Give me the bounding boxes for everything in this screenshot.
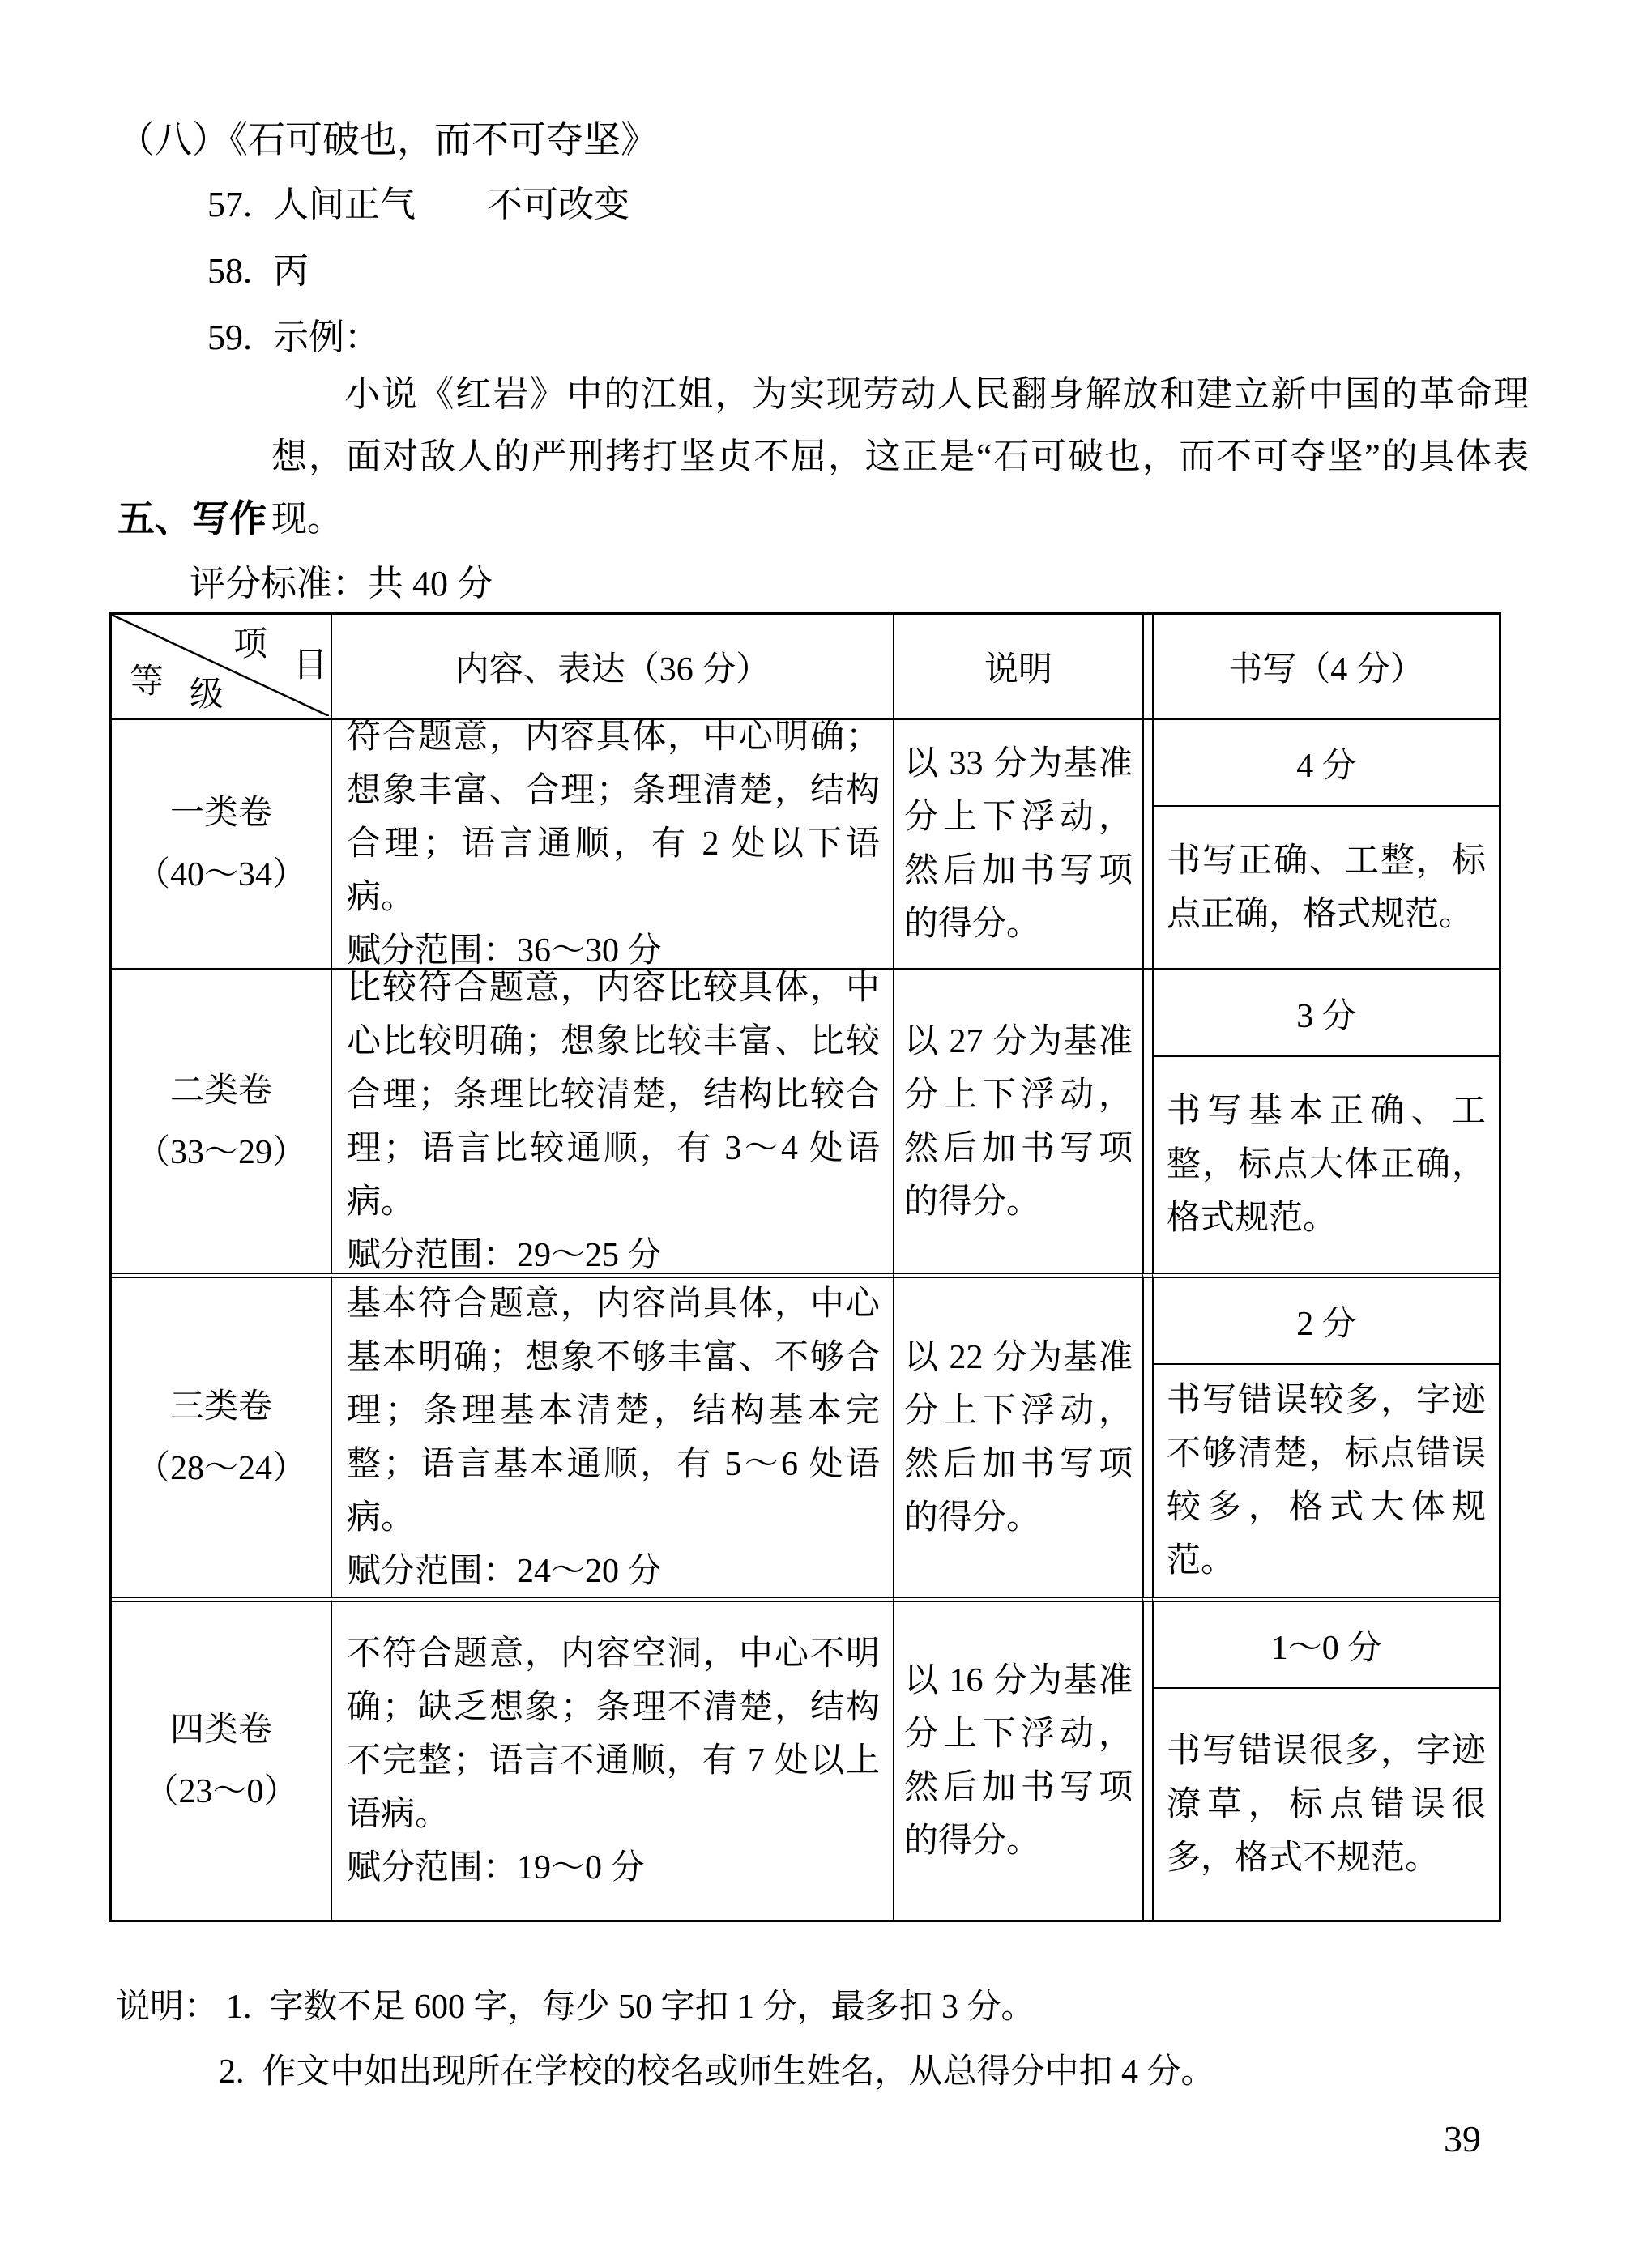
footnote-number: 2. [219,2053,245,2091]
content-cell-row4: 不符合题意，内容空洞，中心不明确；缺乏想象；条理不清楚，结构不完整；语言不通顺，… [331,1597,893,1920]
section5-heading: 五、写作 [117,489,267,543]
note-text: 以 16 分为基准分上下浮动，然后加书写项的得分。 [904,1654,1133,1868]
corner-label-grade-2: 级 [190,678,224,712]
corner-label-item-2: 目 [293,649,327,683]
header-content-column: 内容、表达（36 分） [331,615,893,718]
question-number-57: 57. [207,185,252,224]
score-range-line: 赋分范围：19～0 分 [347,1841,880,1895]
writing-description: 书写错误较多，字迹不够清楚，标点错误较多，格式大体规范。 [1167,1374,1486,1588]
double-rule-spacer [1142,968,1152,1273]
content-cell-row1: 符合题意，内容具体，中心明确；想象丰富、合理；条理清楚，结构合理；语言通顺，有 … [331,718,893,968]
writing-description: 书写正确、工整，标点正确，格式规范。 [1167,834,1486,941]
question-number-58: 58. [207,251,252,291]
answer-58-text: 丙 [273,251,309,291]
scoring-criteria-note: 评分标准：共 40 分 [190,554,493,606]
double-rule-spacer [1142,615,1152,718]
grade-cell-row3: 三类卷 （28～24） [112,1273,331,1597]
grade-cell-row1: 一类卷 （40～34） [112,718,331,968]
answer-line-58: 58.丙 [207,241,309,293]
document-page: （八）《石可破也，而不可夺坚》 57.人间正气不可改变 58.丙 59.示例： … [0,0,1626,2268]
answer-57-blank1: 人间正气 [273,185,416,224]
footnote-number: 1. [226,1988,252,2027]
footnote-text: 作文中如出现所在学校的校名或师生姓名，从总得分中扣 4 分。 [262,2044,1215,2093]
answer-line-57: 57.人间正气不可改变 [207,175,629,227]
content-cell-row3: 基本符合题意，内容尚具体，中心基本明确；想象不够丰富、不够合理；条理基本清楚，结… [331,1273,893,1597]
answer-line-59: 59.示例： [207,308,380,360]
writing-cell-row4: 1～0 分 书写错误很多，字迹潦草，标点错误很多，格式不规范。 [1152,1597,1499,1920]
table-corner-cell: 项 目 等 级 [112,615,331,718]
writing-cell-row2: 3 分 书写基本正确、工整，标点大体正确，格式规范。 [1152,968,1499,1273]
page-number: 39 [1444,2117,1481,2160]
writing-description: 书写基本正确、工整，标点大体正确，格式规范。 [1167,1085,1486,1245]
grade-range: （28～24） [136,1438,306,1499]
answer-59-example-paragraph: 小说《红岩》中的江姐，为实现劳动人民翻身解放和建立新中国的革命理想，面对敌人的严… [271,363,1529,550]
grade-cell-row4: 四类卷 （23～0） [112,1597,331,1920]
writing-score: 3 分 [1154,970,1499,1057]
content-criteria: 比较符合题意，内容比较具体，中心比较明确；想象比较丰富、比较合理；条理比较清楚，… [347,961,880,1229]
writing-score: 2 分 [1154,1278,1499,1365]
writing-score: 1～0 分 [1154,1602,1499,1689]
content-criteria: 基本符合题意，内容尚具体，中心基本明确；想象不够丰富、不够合理；条理基本清楚，结… [347,1277,880,1545]
grade-name: 一类卷 [170,782,272,844]
corner-label-grade-1: 等 [130,665,164,699]
answer-59-label: 示例： [273,318,380,357]
header-writing-column: 书写（4 分） [1152,615,1499,718]
grade-range: （40～34） [136,844,306,906]
question-number-59: 59. [207,318,252,357]
footnote-line-1: 说明： 1. 字数不足 600 字，每少 50 字扣 1 分，最多扣 3 分。 [116,1980,1035,2028]
grade-name: 二类卷 [170,1060,272,1122]
double-rule-spacer [1142,718,1152,968]
note-text: 以 27 分为基准分上下浮动，然后加书写项的得分。 [904,1015,1133,1229]
writing-cell-row3: 2 分 书写错误较多，字迹不够清楚，标点错误较多，格式大体规范。 [1152,1273,1499,1597]
header-note-column: 说明 [893,615,1142,718]
grade-cell-row2: 二类卷 （33～29） [112,968,331,1273]
double-rule-spacer [1142,1597,1152,1920]
double-rule-spacer [1142,1273,1152,1597]
grade-name: 三类卷 [170,1376,272,1438]
writing-score: 4 分 [1154,720,1499,807]
note-cell-row2: 以 27 分为基准分上下浮动，然后加书写项的得分。 [893,968,1142,1273]
footnote-label: 说明： [116,1980,218,2028]
content-cell-row2: 比较符合题意，内容比较具体，中心比较明确；想象比较丰富、比较合理；条理比较清楚，… [331,968,893,1273]
footnote-line-2: 2. 作文中如出现所在学校的校名或师生姓名，从总得分中扣 4 分。 [219,2044,1215,2093]
content-criteria: 不符合题意，内容空洞，中心不明确；缺乏想象；条理不清楚，结构不完整；语言不通顺，… [347,1627,880,1841]
note-text: 以 33 分为基准分上下浮动，然后加书写项的得分。 [904,737,1133,951]
scoring-rubric-table: 项 目 等 级 内容、表达（36 分） 说明 书写（4 分） 一类卷 （40～3… [109,612,1501,1922]
footnote-text: 字数不足 600 字，每少 50 字扣 1 分，最多扣 3 分。 [270,1980,1035,2028]
note-cell-row1: 以 33 分为基准分上下浮动，然后加书写项的得分。 [893,718,1142,968]
corner-label-item-1: 项 [233,628,267,662]
note-cell-row3: 以 22 分为基准分上下浮动，然后加书写项的得分。 [893,1273,1142,1597]
writing-description: 书写错误很多，字迹潦草，标点错误很多，格式不规范。 [1167,1724,1486,1885]
grade-name: 四类卷 [170,1699,272,1761]
content-criteria: 符合题意，内容具体，中心明确；想象丰富、合理；条理清楚，结构合理；语言通顺，有 … [347,710,880,924]
note-cell-row4: 以 16 分为基准分上下浮动，然后加书写项的得分。 [893,1597,1142,1920]
grade-range: （33～29） [136,1122,306,1183]
grade-range: （23～0） [144,1761,297,1823]
score-range-line: 赋分范围：24～20 分 [347,1545,880,1598]
note-text: 以 22 分为基准分上下浮动，然后加书写项的得分。 [904,1331,1133,1545]
answer-57-blank2: 不可改变 [487,185,629,224]
section8-heading: （八）《石可破也，而不可夺坚》 [117,110,658,164]
writing-cell-row1: 4 分 书写正确、工整，标点正确，格式规范。 [1152,718,1499,968]
